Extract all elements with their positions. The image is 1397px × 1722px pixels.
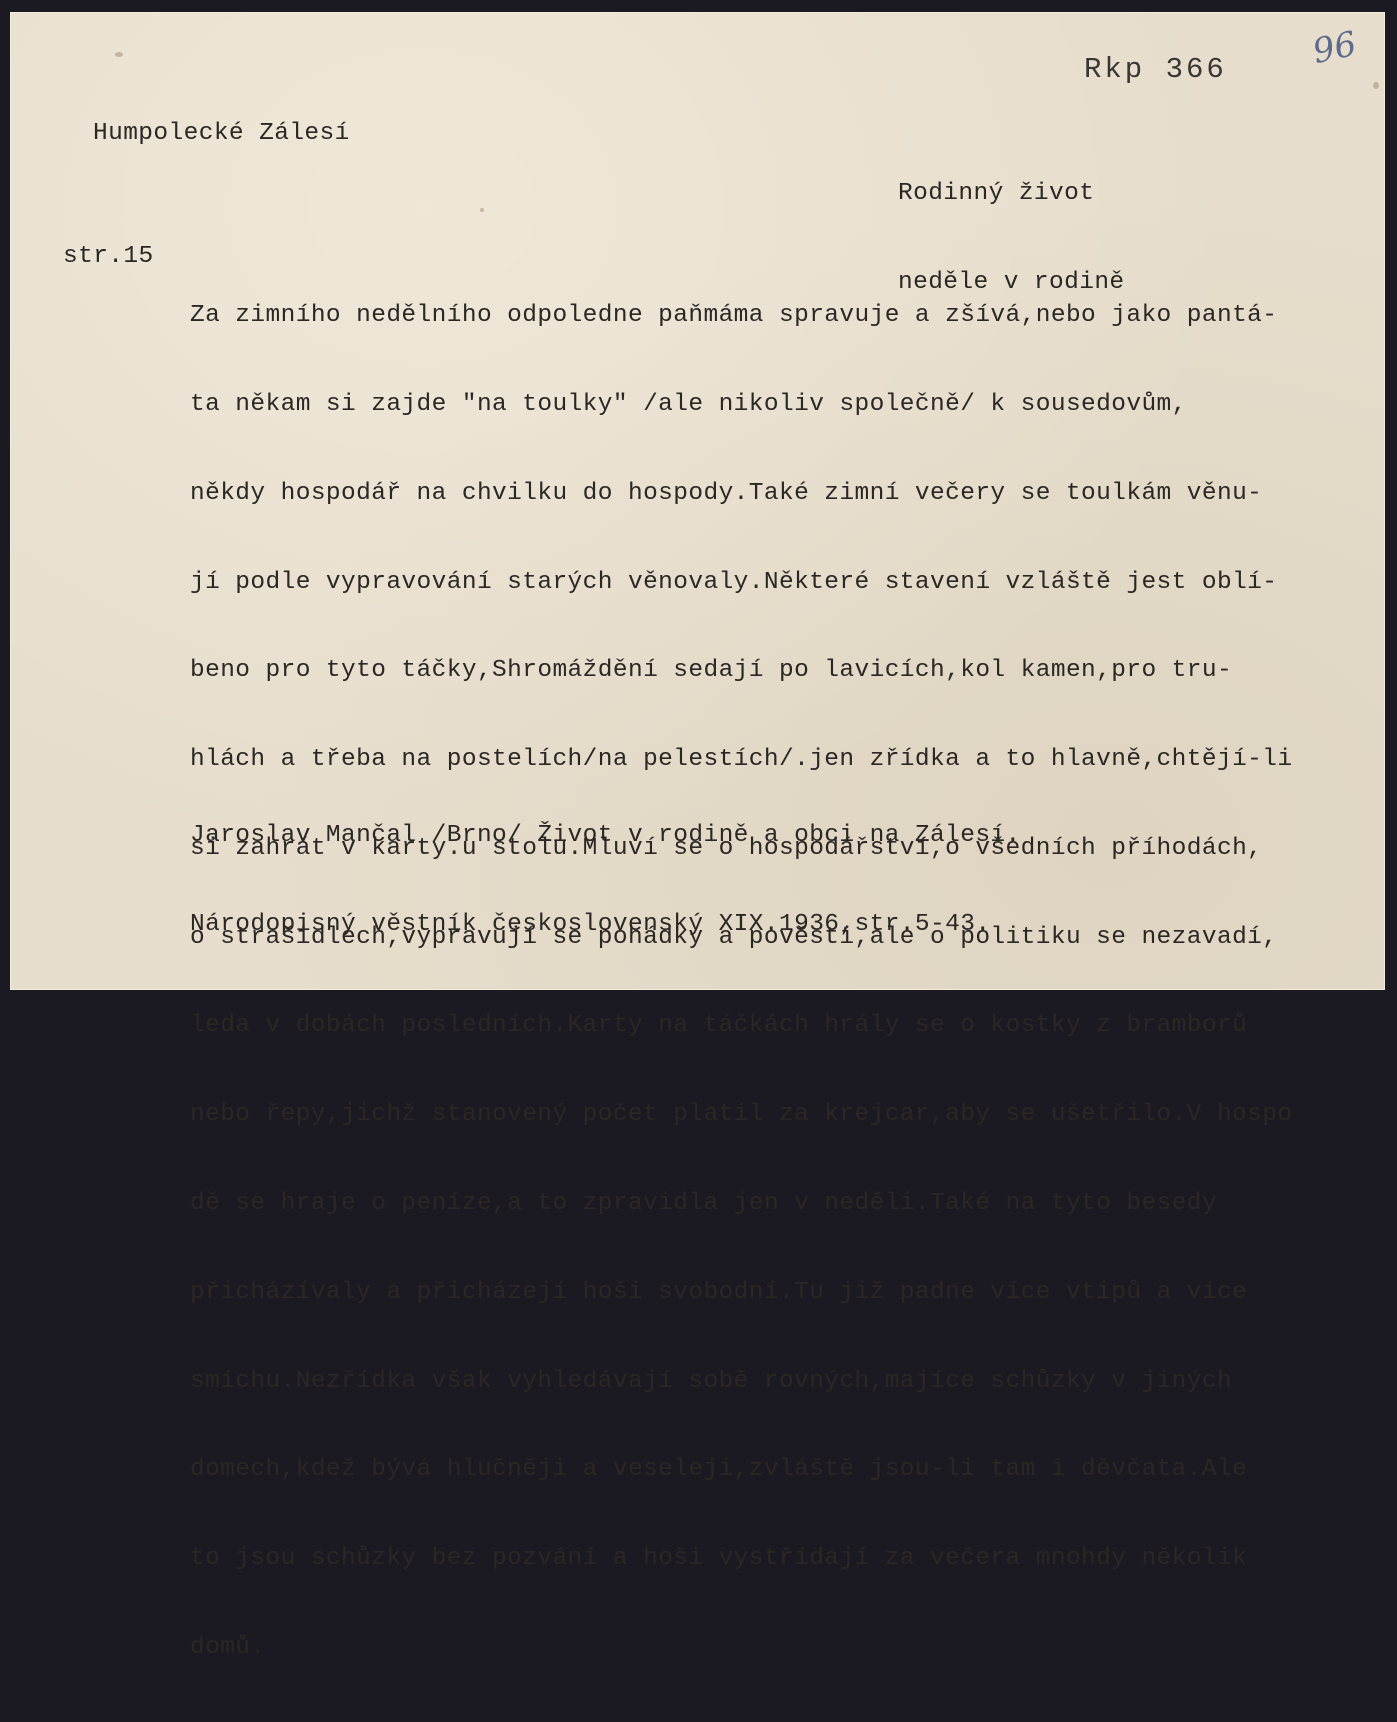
topic-line-1: Rodinný život	[898, 179, 1125, 209]
body-line: jí podle vypravování starých věnovaly.Ně…	[190, 568, 1292, 598]
pencil-page-number: 96	[1309, 24, 1360, 72]
paper-stain	[480, 208, 484, 212]
body-line: někdy hospodář na chvilku do hospody.Tak…	[190, 479, 1292, 509]
body-line: beno pro tyto táčky,Shromáždění sedají p…	[190, 656, 1292, 686]
body-line: Za zimního nedělního odpoledne paňmáma s…	[190, 301, 1292, 331]
citation-author-title: Jaroslav Mančal /Brno/ Život v rodině a …	[190, 821, 1021, 851]
page-reference: str.15	[63, 242, 154, 272]
citation: Jaroslav Mančal /Brno/ Život v rodině a …	[190, 762, 1021, 999]
archive-card: 96 Rkp 366 Humpolecké Zálesí Rodinný živ…	[10, 12, 1385, 990]
region-heading: Humpolecké Zálesí	[93, 119, 350, 149]
shelfmark: Rkp 366	[1084, 55, 1227, 85]
paper-stain	[115, 52, 123, 57]
body-line: ta někam si zajde "na toulky" /ale nikol…	[190, 390, 1292, 420]
paper-stain	[1373, 82, 1379, 89]
citation-source: Národopisný věstník československý XIX.1…	[190, 910, 1021, 940]
